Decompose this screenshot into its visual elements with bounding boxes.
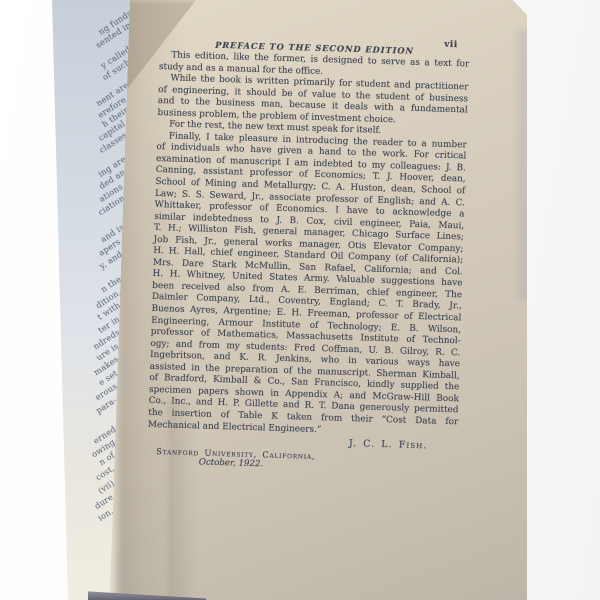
facing-page-fragment: cost, xyxy=(93,463,116,483)
page-text: PREFACE TO THE SECOND EDITION vii This e… xyxy=(147,31,470,475)
page-number: vii xyxy=(444,40,458,50)
running-head-row: PREFACE TO THE SECOND EDITION vii xyxy=(160,31,470,52)
book-page: PREFACE TO THE SECOND EDITION vii This e… xyxy=(108,0,527,600)
preface-body: This edition, like the former, is design… xyxy=(148,50,469,440)
book-photo: ng fundssented iny calledof suchnent are… xyxy=(0,0,600,600)
page-edge-tint xyxy=(513,30,527,300)
